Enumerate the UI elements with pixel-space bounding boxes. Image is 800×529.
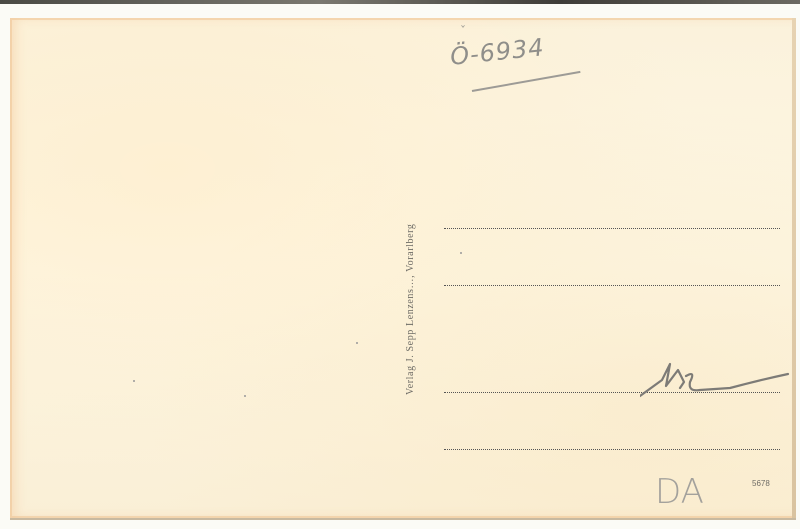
address-line-4 [444,449,780,450]
address-line-1 [444,228,780,229]
paper-speck [244,395,246,397]
handwritten-initials: DA [655,472,704,512]
pencil-signature [640,352,790,402]
postcard-back [10,18,796,520]
address-line-2 [444,285,780,286]
publisher-imprint: Verlag J. Sepp Lenzens…, Vorarlberg [405,223,416,395]
reference-accent-mark: ˇ [460,24,466,38]
paper-speck [133,380,135,382]
print-number: 5678 [752,479,770,488]
paper-speck [356,342,358,344]
scan-top-edge [0,0,800,4]
paper-speck [460,252,462,254]
card-right-edge [792,18,796,518]
